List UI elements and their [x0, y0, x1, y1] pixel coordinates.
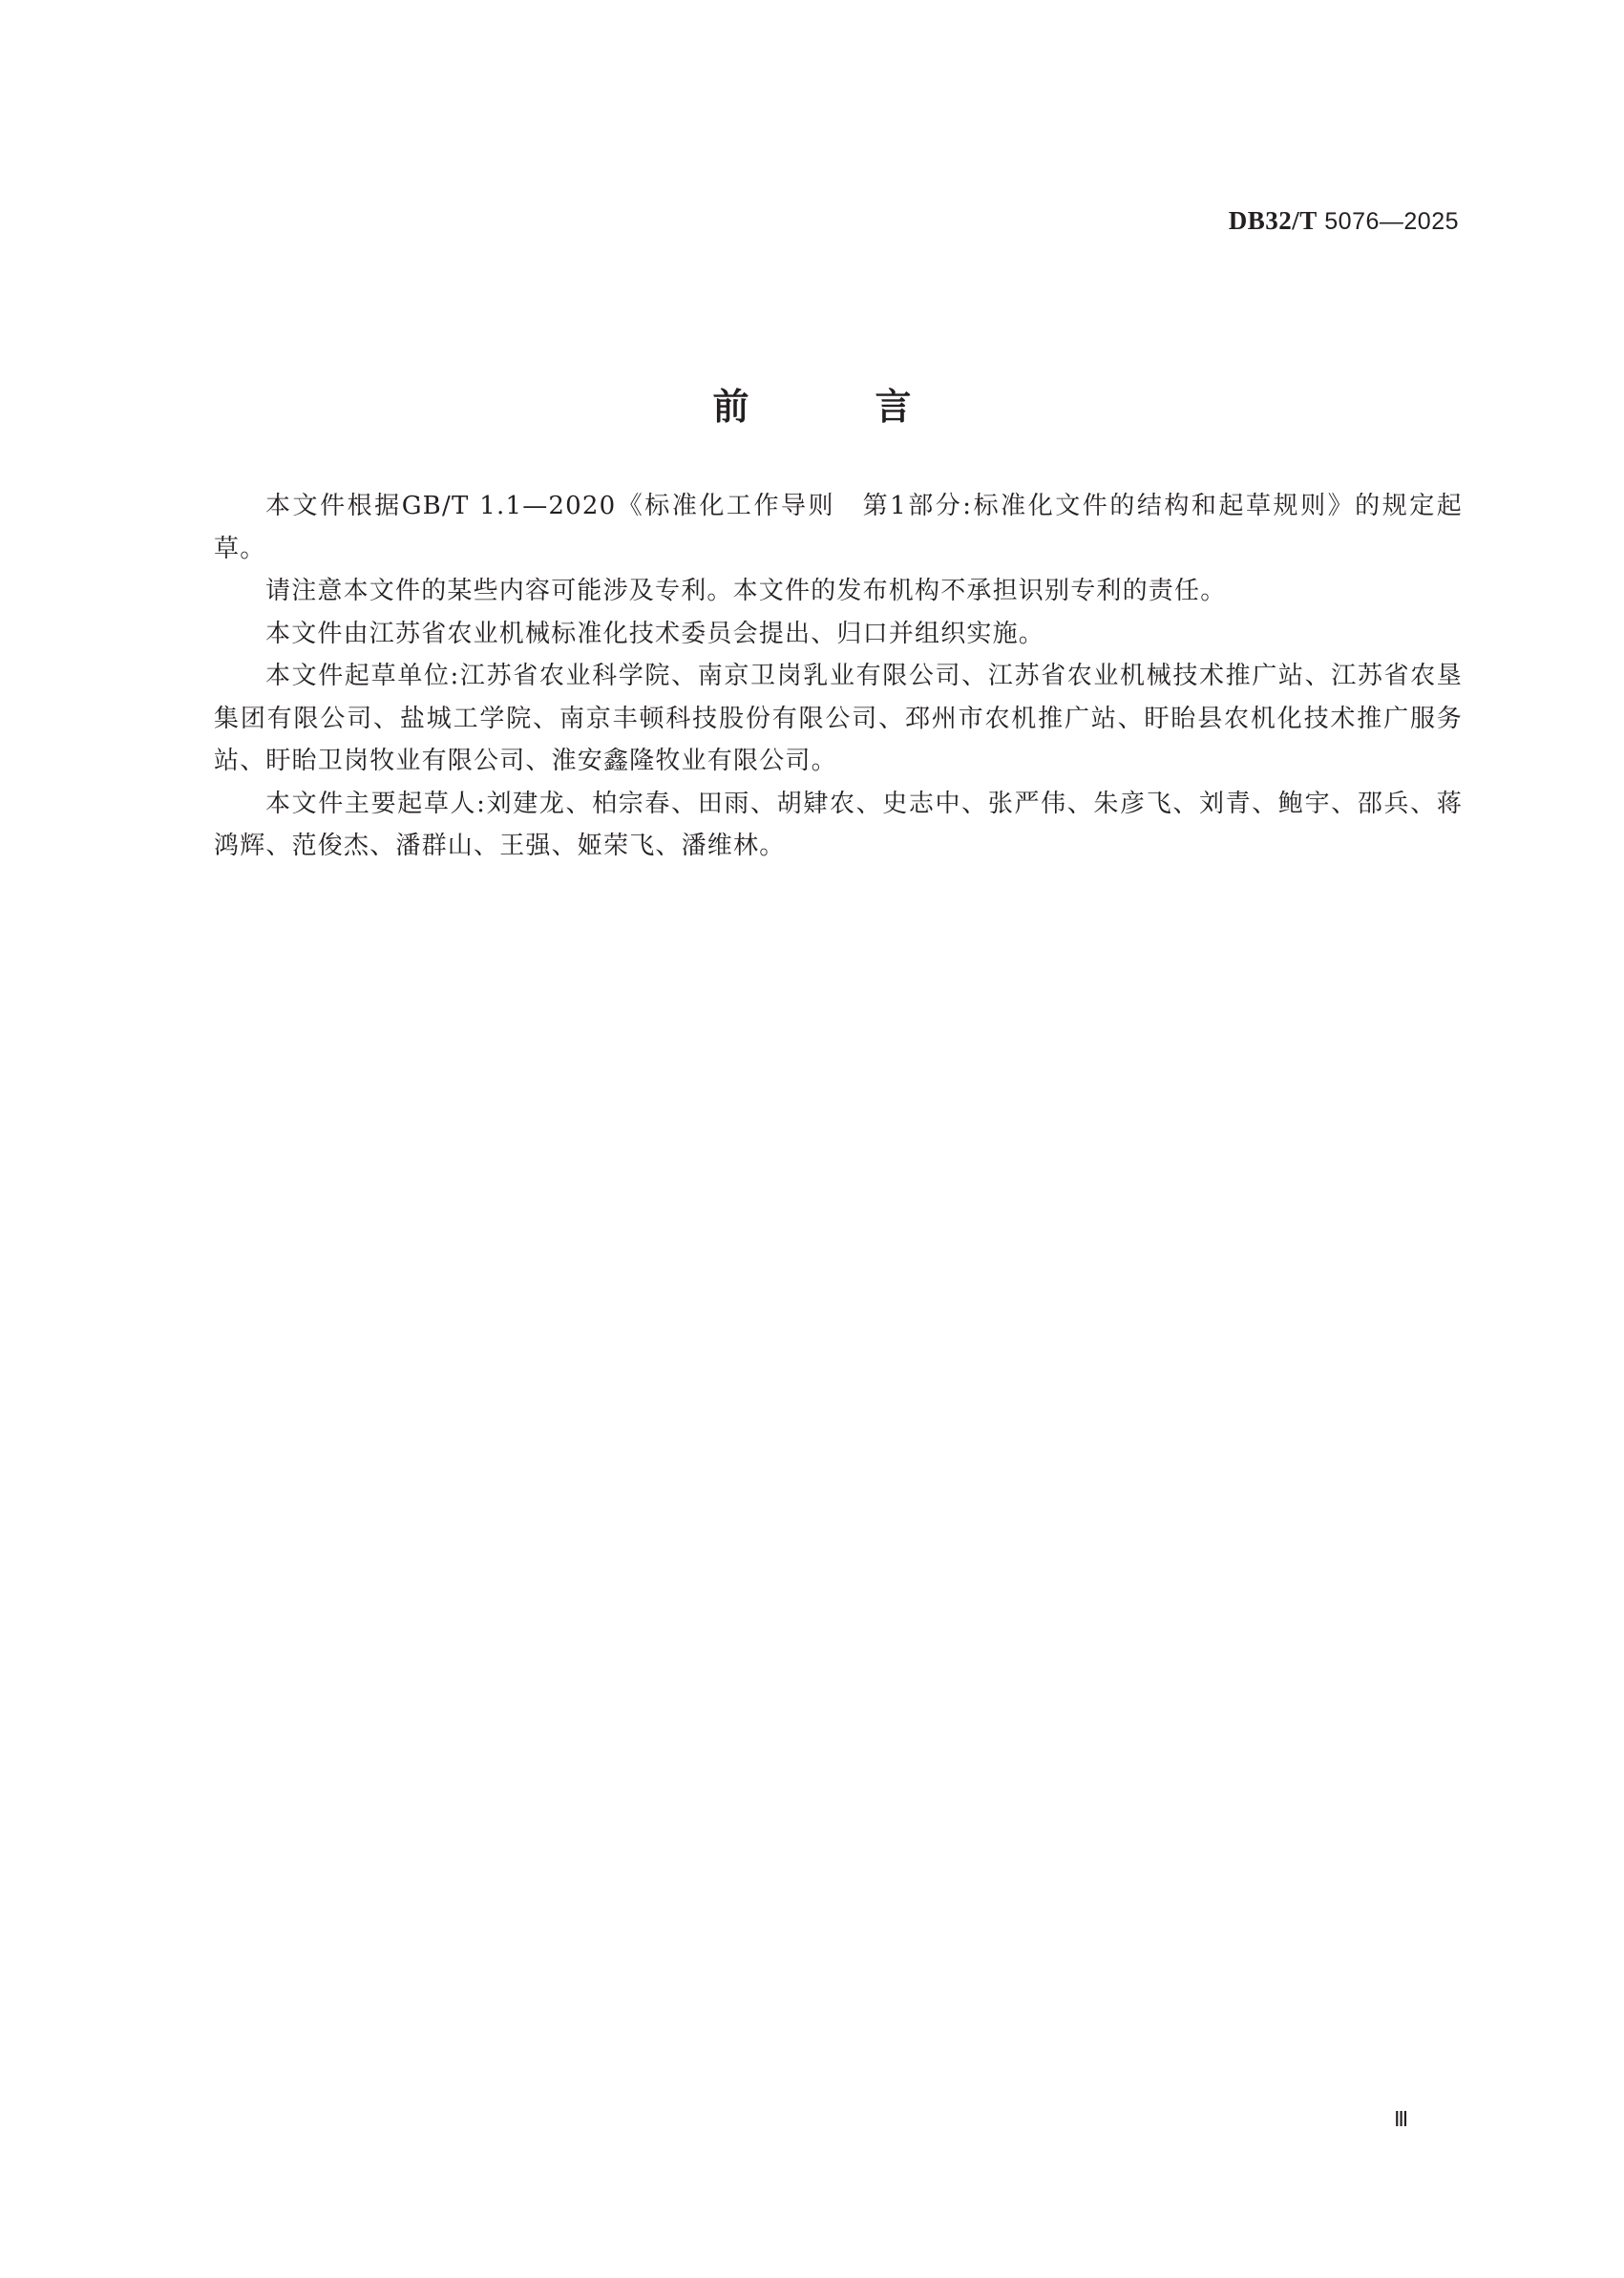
doc-prefix: DB: [1229, 206, 1266, 235]
page-title: 前言: [0, 377, 1624, 430]
paragraph-drafting-units: 本文件起草单位:江苏省农业科学院、南京卫岗乳业有限公司、江苏省农业机械技术推广站…: [214, 655, 1463, 783]
foreword-body: 本文件根据GB/T 1.1—2020《标准化工作导则 第1部分:标准化文件的结构…: [214, 485, 1463, 868]
title-char-2: 言: [875, 377, 912, 430]
paragraph-proposer: 本文件由江苏省农业机械标准化技术委员会提出、归口并组织实施。: [214, 613, 1463, 656]
paragraph-drafters: 本文件主要起草人:刘建龙、柏宗春、田雨、胡肄农、史志中、张严伟、朱彦飞、刘青、鲍…: [214, 783, 1463, 868]
title-char-1: 前: [712, 377, 749, 430]
document-number: DB32/T 5076—2025: [1229, 206, 1459, 236]
doc-suffix: 32/T: [1265, 206, 1318, 235]
page-number: Ⅲ: [1394, 2107, 1408, 2132]
paragraph-drafting-basis: 本文件根据GB/T 1.1—2020《标准化工作导则 第1部分:标准化文件的结构…: [214, 485, 1463, 570]
doc-number-value: 5076—2025: [1324, 208, 1459, 235]
paragraph-patent-notice: 请注意本文件的某些内容可能涉及专利。本文件的发布机构不承担识别专利的责任。: [214, 570, 1463, 613]
